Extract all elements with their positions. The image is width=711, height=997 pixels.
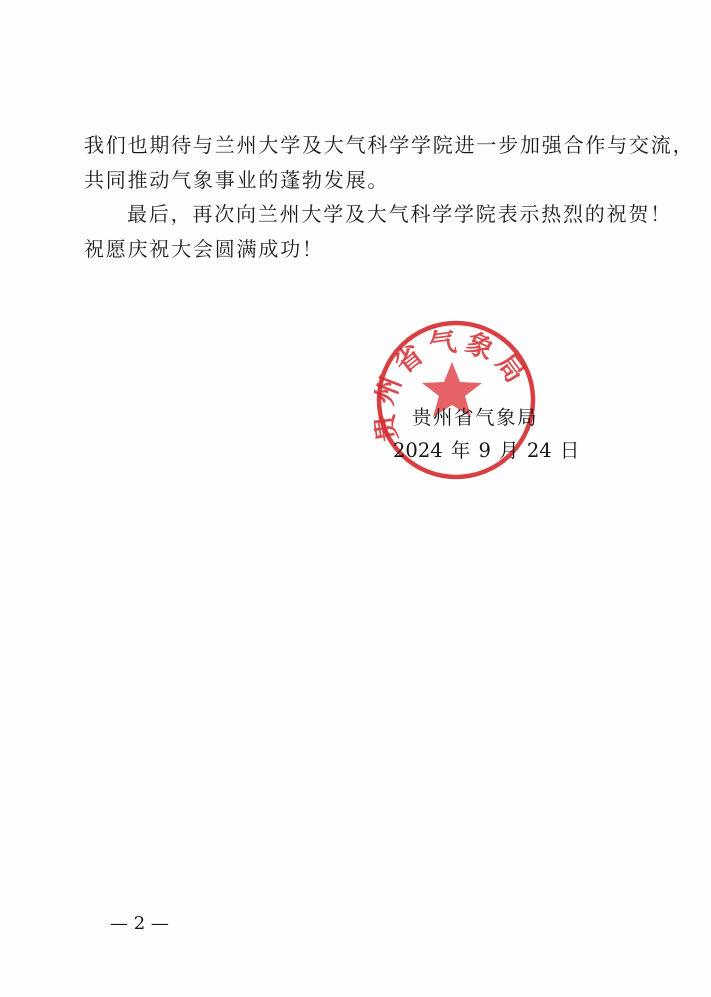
- paragraph-line: 共同推动气象事业的蓬勃发展。: [84, 163, 644, 198]
- paragraph-line: 祝愿庆祝大会圆满成功！: [84, 232, 644, 267]
- page-number: — 2 —: [110, 912, 169, 936]
- document-page: 我们也期待与兰州大学及大气科学学院进一步加强合作与交流， 共同推动气象事业的蓬勃…: [0, 0, 711, 997]
- paragraph-line: 我们也期待与兰州大学及大气科学学院进一步加强合作与交流，: [84, 128, 644, 163]
- issue-date: 2024 年 9 月 24 日: [393, 438, 579, 464]
- document-body: 我们也期待与兰州大学及大气科学学院进一步加强合作与交流， 共同推动气象事业的蓬勃…: [84, 128, 644, 266]
- paragraph-line: 最后，再次向兰州大学及大气科学学院表示热烈的祝贺！: [84, 197, 644, 232]
- issuing-organization: 贵州省气象局: [412, 405, 538, 431]
